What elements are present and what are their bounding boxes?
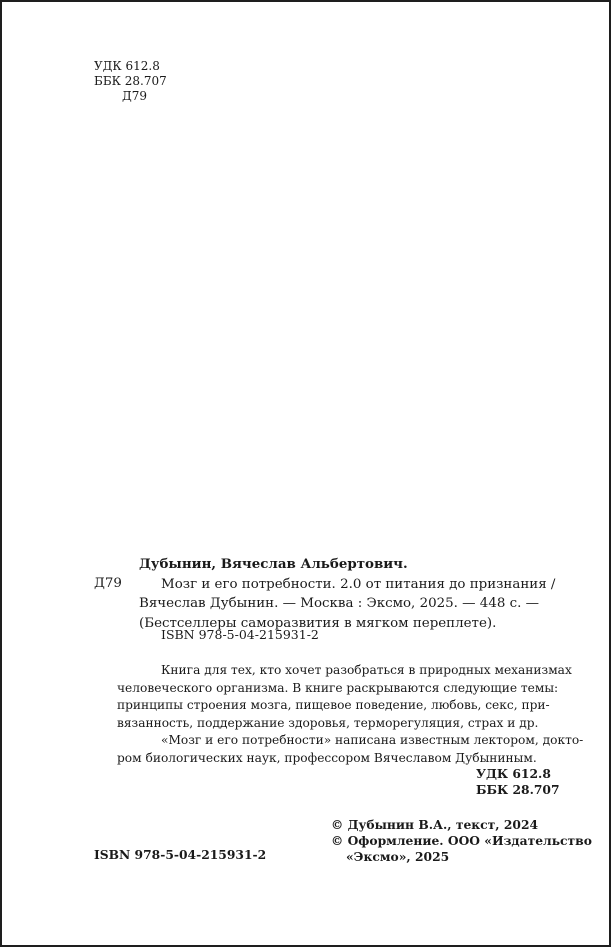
classification-codes-top: УДК 612.8 ББК 28.707 Д79 <box>94 59 167 104</box>
annotation-paragraph: «Мозг и его потребности» написана извест… <box>139 732 544 767</box>
bbk-code: ББК 28.707 <box>476 782 560 798</box>
catalog-isbn: ISBN 978-5-04-215931-2 <box>161 627 319 643</box>
annotation-line: принципы строения мозга, пищевое поведен… <box>117 697 550 715</box>
copyright-design: © Оформление. ООО «Издательство <box>331 833 592 849</box>
annotation-paragraph: Книга для тех, кто хочет разобраться в п… <box>139 662 544 732</box>
udk-code: УДК 612.8 <box>476 766 560 782</box>
annotation-line: ром биологических наук, профессором Вяче… <box>117 750 537 768</box>
author-mark: Д79 <box>94 89 167 104</box>
annotation-line: «Мозг и его потребности» написана извест… <box>161 733 583 747</box>
book-imprint-page: УДК 612.8 ББК 28.707 Д79 Д79 Дубынин, Вя… <box>0 0 611 947</box>
bibliographic-description: Мозг и его потребности. 2.0 от питания д… <box>139 575 544 634</box>
classification-codes-bottom: УДК 612.8 ББК 28.707 <box>476 766 560 798</box>
copyright-block: © Дубынин В.А., текст, 2024 © Оформление… <box>331 817 592 865</box>
copyright-text: © Дубынин В.А., текст, 2024 <box>331 817 592 833</box>
catalog-author: Дубынин, Вячеслав Альбертович. <box>139 555 544 575</box>
annotation-line: человеческого организма. В книге раскрыв… <box>117 680 558 698</box>
bib-line: Мозг и его потребности. 2.0 от питания д… <box>139 575 544 595</box>
bbk-code: ББК 28.707 <box>94 74 167 89</box>
annotation: Книга для тех, кто хочет разобраться в п… <box>139 662 544 768</box>
catalog-author-mark: Д79 <box>94 574 122 594</box>
copyright-design-cont: «Эксмо», 2025 <box>331 849 592 865</box>
catalog-card: Дубынин, Вячеслав Альбертович. Мозг и ег… <box>139 555 544 633</box>
udk-code: УДК 612.8 <box>94 59 167 74</box>
annotation-line: вязанность, поддержание здоровья, термор… <box>117 715 538 733</box>
bib-line: Вячеслав Дубынин. — Москва : Эксмо, 2025… <box>139 594 544 614</box>
footer-isbn: ISBN 978-5-04-215931-2 <box>94 847 266 863</box>
annotation-line: Книга для тех, кто хочет разобраться в п… <box>161 663 572 677</box>
